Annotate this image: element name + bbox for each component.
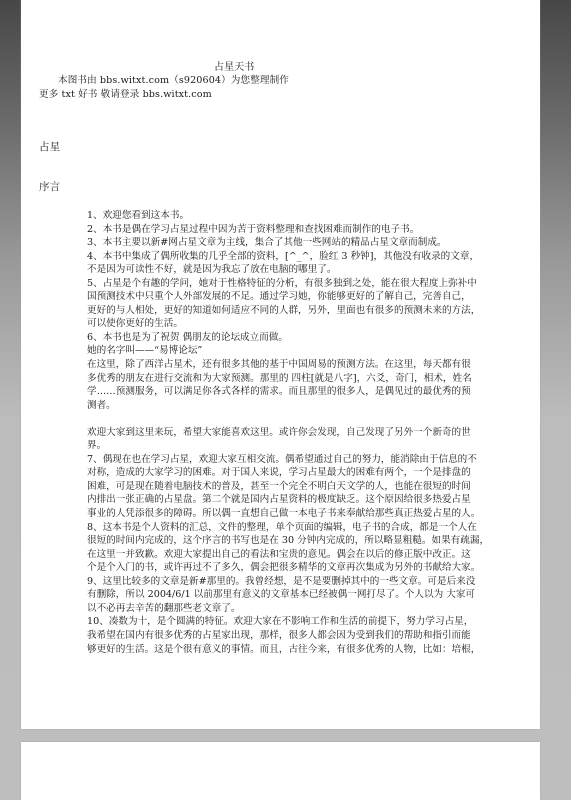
text-line: 3、本书主要以新#网占星文章为主线，集合了其他一些网站的精品占星文章而制成。 xyxy=(87,236,493,250)
preface-heading: 序言 xyxy=(39,181,60,195)
document-page-2 xyxy=(21,742,540,800)
text-line: 学……预测服务，可以满足你各式各样的需求。而且那里的很多人，是偶见过的最优秀的预 xyxy=(87,385,493,399)
text-line: 界。 xyxy=(87,439,493,453)
document-page-1: 占星天书 本图书由 bbs.witxt.com（s920604）为您整理制作 更… xyxy=(21,0,540,729)
text-line: 对称，造成的大家学习的困难。对于国人来说，学习占星最大的困难有两个，一个是排盘的 xyxy=(87,466,493,480)
text-line: 内排出一张正确的占星盘。第二个就是国内占星资料的极度缺乏。这个原因给很多热爱占星 xyxy=(87,493,493,507)
text-line: 有删除，所以 2004/6/1 以前那里有意义的文章基本已经被偶一网打尽了。个人… xyxy=(87,588,493,602)
text-line: 她的名字叫——“易博论坛” xyxy=(87,344,493,358)
text-line: 国预测技术中只重个人外部发展的不足。通过学习她，你能够更好的了解自己，完善自己， xyxy=(87,290,493,304)
text-line: 很短的时间内完成的，这个序言的书写也是在 30 分钟内完成的，所以略显粗糙。如果… xyxy=(87,534,493,548)
preface-body: 1、欢迎您看到这本书。 2、本书是偶在学习占星过程中因为苦于资料整理和查找困难而… xyxy=(87,209,493,656)
text-line: 够更好的生活。这是个很有意义的事情。而且，古往今来，有很多优秀的人物，比如：培根… xyxy=(87,643,493,657)
text-line: 欢迎大家到这里来玩，希望大家能喜欢这里。或许你会发现，自己发现了另外一个新奇的世 xyxy=(87,426,493,440)
text-line: 我希望在国内有很多优秀的占星家出现，那样，很多人都会因为受到我们的帮助和指引而能 xyxy=(87,629,493,643)
credit-line: 更多 txt 好书 敬请登录 bbs.witxt.com xyxy=(39,88,212,102)
text-line: 4、本书中集成了偶所收集的几乎全部的资料，[^_^，脸红 3 秒钟]，其他没有收… xyxy=(87,250,493,264)
text-line: 测者。 xyxy=(87,399,493,413)
text-line: 5、占星是个有趣的学问，她对于性格特征的分析，有很多独到之处，能在很大程度上弥补… xyxy=(87,277,493,291)
text-line: 10、凑数为十，是个圆满的特征。欢迎大家在不影响工作和生活的前提下，努力学习占星… xyxy=(87,615,493,629)
text-line: 可以使你更好的生活。 xyxy=(87,317,493,331)
text-line: 6、本书也是为了祝贺 偶朋友的论坛成立而做。 xyxy=(87,331,493,345)
text-line: 8、这本书是个人资料的汇总，文件的整理，单个页面的编辑，电子书的合成，都是一个人… xyxy=(87,521,493,535)
text-line: 1、欢迎您看到这本书。 xyxy=(87,209,493,223)
text-line: 事业的人凭添很多的障碍。所以偶一直想自己做一本电子书来奉献给那些真正热爱占星的人… xyxy=(87,507,493,521)
text-line: 更好的与人相处，更好的知道如何适应不同的人群，另外，里面也有很多的预测未来的方法… xyxy=(87,304,493,318)
text-line: 个是个入门的书，或许再过不了多久，偶会把很多精华的文章再次集成为另外的书献给大家… xyxy=(87,561,493,575)
text-line: 困难，可是现在随着电脑技术的普及，甚至一个完全不明白天文学的人，也能在很短的时间 xyxy=(87,480,493,494)
text-line: 2、本书是偶在学习占星过程中因为苦于资料整理和查找困难而制作的电子书。 xyxy=(87,223,493,237)
credit-line: 本图书由 bbs.witxt.com（s920604）为您整理制作 xyxy=(58,74,289,88)
text-line: 在这里，除了西洋占星术，还有很多其他的基于中国周易的预测方法。在这里，每天都有很 xyxy=(87,358,493,372)
document-title: 占星天书 xyxy=(214,61,254,75)
blank-line xyxy=(87,412,493,426)
section-heading: 占星 xyxy=(39,141,60,155)
text-line: 不是因为可读性不好，就是因为我忘了放在电脑的哪里了。 xyxy=(87,263,493,277)
text-line: 9、这里比较多的文章是新#那里的。我曾经想，是不是要删掉其中的一些文章。可是后来… xyxy=(87,575,493,589)
text-line: 在这里一并致歉。欢迎大家提出自己的看法和宝贵的意见。偶会在以后的修正版中改正。这 xyxy=(87,548,493,562)
text-line: 7、偶现在也在学习占星，欢迎大家互相交流。偶希望通过自己的努力，能消除由于信息的… xyxy=(87,453,493,467)
text-line: 多优秀的朋友在进行交流和为大家预测。那里的 四柱[就是八字]，六爻，奇门，相术，… xyxy=(87,372,493,386)
text-line: 以不必再去辛苦的翻那些老文章了。 xyxy=(87,602,493,616)
